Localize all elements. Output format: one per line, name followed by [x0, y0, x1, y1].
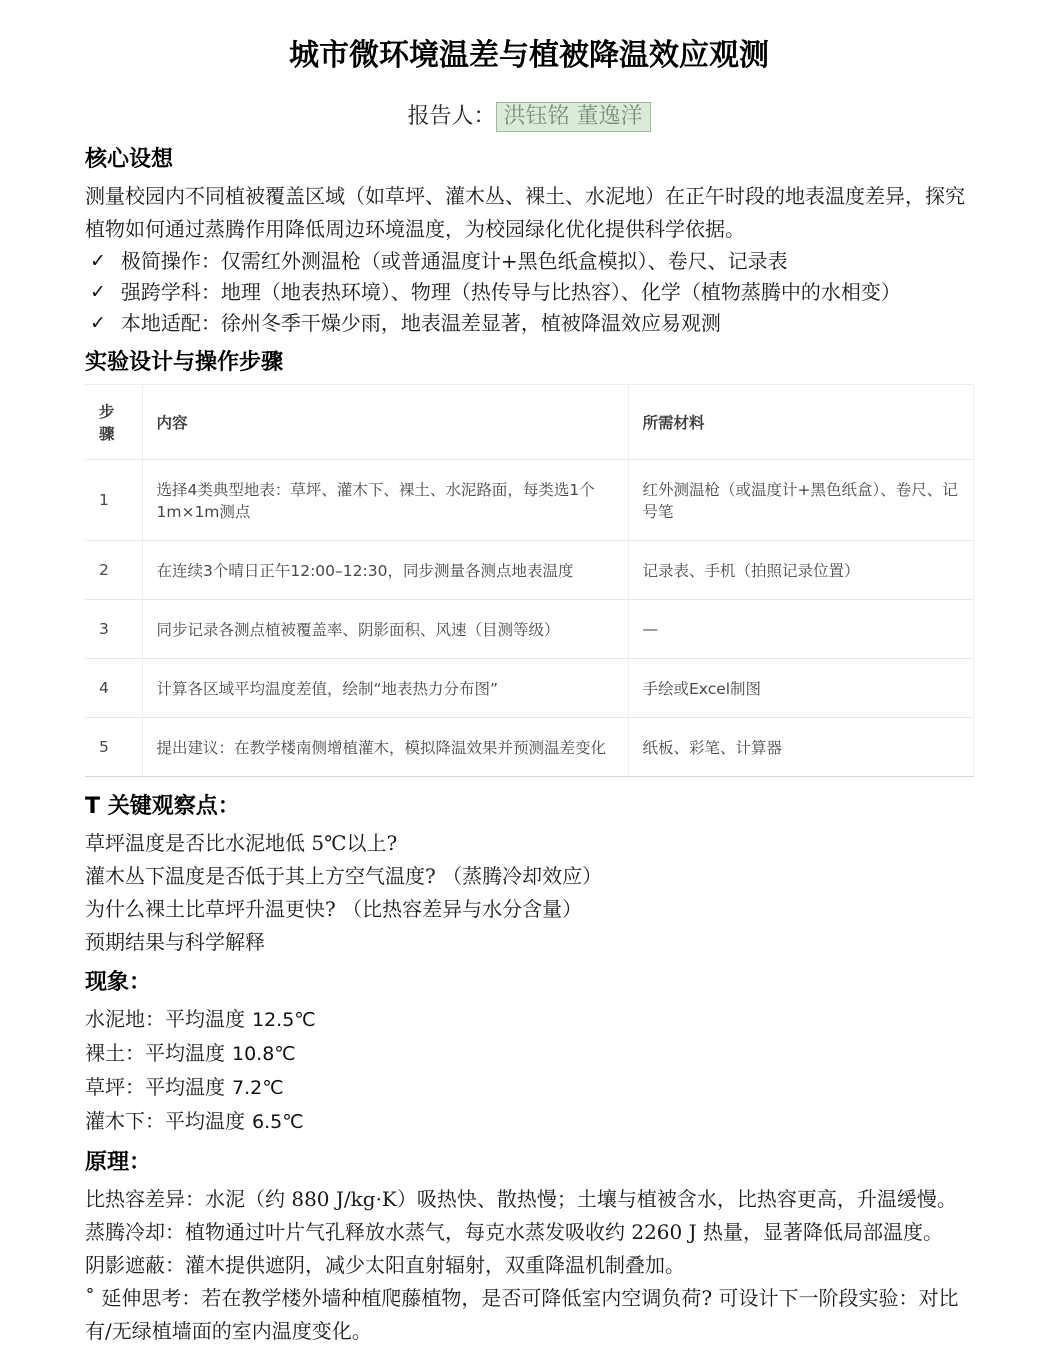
check-icon: ✓ [90, 308, 106, 339]
observation-line: 预期结果与科学解释 [85, 926, 965, 959]
phenomenon-line: 灌木下：平均温度6.5℃ [85, 1105, 965, 1139]
principle-line: 蒸腾冷却：植物通过叶片气孔释放水蒸气，每克水蒸发吸收约 2260 J 热量，显著… [85, 1216, 965, 1249]
cell-materials: 手绘或Excel制图 [628, 659, 973, 718]
cell-step: 2 [85, 541, 142, 600]
phenomenon-value: 10.8℃ [232, 1043, 296, 1065]
bullet-text: 极简操作：仅需红外测温枪（或普通温度计+黑色纸盒模拟）、卷尺、记录表 [121, 246, 788, 277]
bullet-item: ✓ 强跨学科：地理（地表热环境）、物理（热传导与比热容）、化学（植物蒸腾中的水相… [85, 277, 965, 308]
observation-line: 为什么裸土比草坪升温更快? （比热容差异与水分含量） [85, 893, 965, 926]
phenomenon-value: 12.5℃ [252, 1009, 316, 1031]
steps-table-header: 步骤 内容 所需材料 [85, 385, 973, 460]
phenomenon-line: 草坪：平均温度7.2℃ [85, 1071, 965, 1105]
principle-line: 阴影遮蔽：灌木提供遮阴，减少太阳直射辐射，双重降温机制叠加。 [85, 1249, 965, 1282]
column-header-content: 内容 [142, 385, 628, 460]
column-header-materials: 所需材料 [628, 385, 973, 460]
phenomenon-label: 灌木下：平均温度 [85, 1109, 245, 1133]
section-heading-experiment: 实验设计与操作步骤 [85, 347, 973, 378]
phenomenon-value: 6.5℃ [252, 1111, 304, 1133]
phenomenon-line: 水泥地：平均温度12.5℃ [85, 1003, 965, 1037]
cell-step: 4 [85, 659, 142, 718]
reporter-names-highlight: 洪钰铭 董逸洋 [496, 102, 651, 132]
cell-materials: 纸板、彩笔、计算器 [628, 718, 973, 777]
section-heading-observations: T 关键观察点： [85, 791, 973, 822]
cell-materials: 记录表、手机（拍照记录位置） [628, 541, 973, 600]
observations-heading-prefix: T [85, 794, 100, 819]
table-row: 4 计算各区域平均温度差值，绘制“地表热力分布图” 手绘或Excel制图 [85, 659, 973, 718]
principle-line: 比热容差异：水泥（约 880 J/kg·K）吸热快、散热慢；土壤与植被含水，比热… [85, 1183, 965, 1216]
table-row: 3 同步记录各测点植被覆盖率、阴影面积、风速（目测等级） — [85, 600, 973, 659]
cell-content: 同步记录各测点植被覆盖率、阴影面积、风速（目测等级） [142, 600, 628, 659]
table-row: 2 在连续3个晴日正午12:00–12:30，同步测量各测点地表温度 记录表、手… [85, 541, 973, 600]
bullet-text: 本地适配：徐州冬季干燥少雨，地表温差显著，植被降温效应易观测 [121, 308, 721, 339]
reporter-label: 报告人： [407, 104, 495, 129]
cell-content: 提出建议：在教学楼南侧增植灌木，模拟降温效果并预测温差变化 [142, 718, 628, 777]
cell-step: 1 [85, 460, 142, 541]
extension-text: 延伸思考：若在教学楼外墙种植爬藤植物，是否可降低室内空调负荷? 可设计下一阶段实… [85, 1286, 958, 1343]
section-heading-core-idea: 核心设想 [85, 144, 973, 175]
phenomenon-label: 水泥地：平均温度 [85, 1007, 245, 1031]
cell-step: 3 [85, 600, 142, 659]
observation-line: 草坪温度是否比水泥地低 5℃以上? [85, 827, 965, 860]
column-header-step: 步骤 [85, 385, 142, 460]
page-title: 城市微环境温差与植被降温效应观测 [145, 36, 913, 76]
cell-materials: — [628, 600, 973, 659]
cell-content: 计算各区域平均温度差值，绘制“地表热力分布图” [142, 659, 628, 718]
observation-line: 灌木丛下温度是否低于其上方空气温度? （蒸腾冷却效应） [85, 860, 965, 893]
section-heading-principles: 原理： [85, 1147, 973, 1178]
ring-symbol: ˚ [85, 1286, 101, 1310]
reporter-line: 报告人：洪钰铭 董逸洋 [85, 100, 973, 134]
phenomenon-label: 草坪：平均温度 [85, 1075, 225, 1099]
check-icon: ✓ [90, 277, 106, 308]
section-heading-phenomena: 现象： [85, 967, 973, 998]
check-icon: ✓ [90, 246, 106, 277]
bullet-text: 强跨学科：地理（地表热环境）、物理（热传导与比热容）、化学（植物蒸腾中的水相变） [121, 277, 901, 308]
core-idea-paragraph: 测量校园内不同植被覆盖区域（如草坪、灌木丛、裸土、水泥地）在正午时段的地表温度差… [85, 180, 965, 246]
steps-table: 步骤 内容 所需材料 1 选择4类典型地表：草坪、灌木下、裸土、水泥路面，每类选… [85, 384, 974, 777]
bullet-item: ✓ 极简操作：仅需红外测温枪（或普通温度计+黑色纸盒模拟）、卷尺、记录表 [85, 246, 965, 277]
document-page: 城市微环境温差与植被降温效应观测 报告人：洪钰铭 董逸洋 核心设想 测量校园内不… [0, 0, 1043, 1358]
table-row: 5 提出建议：在教学楼南侧增植灌木，模拟降温效果并预测温差变化 纸板、彩笔、计算… [85, 718, 973, 777]
phenomenon-label: 裸土：平均温度 [85, 1041, 225, 1065]
cell-materials: 红外测温枪（或温度计+黑色纸盒）、卷尺、记号笔 [628, 460, 973, 541]
observations-heading-text: 关键观察点： [108, 794, 240, 819]
cell-content: 在连续3个晴日正午12:00–12:30，同步测量各测点地表温度 [142, 541, 628, 600]
cell-step: 5 [85, 718, 142, 777]
phenomenon-line: 裸土：平均温度10.8℃ [85, 1037, 965, 1071]
bullet-item: ✓ 本地适配：徐州冬季干燥少雨，地表温差显著，植被降温效应易观测 [85, 308, 965, 339]
cell-content: 选择4类典型地表：草坪、灌木下、裸土、水泥路面，每类选1个1m×1m测点 [142, 460, 628, 541]
phenomenon-value: 7.2℃ [232, 1077, 284, 1099]
table-row: 1 选择4类典型地表：草坪、灌木下、裸土、水泥路面，每类选1个1m×1m测点 红… [85, 460, 973, 541]
extension-line: ˚ 延伸思考：若在教学楼外墙种植爬藤植物，是否可降低室内空调负荷? 可设计下一阶… [85, 1282, 965, 1348]
table-header-row: 步骤 内容 所需材料 [85, 385, 973, 460]
